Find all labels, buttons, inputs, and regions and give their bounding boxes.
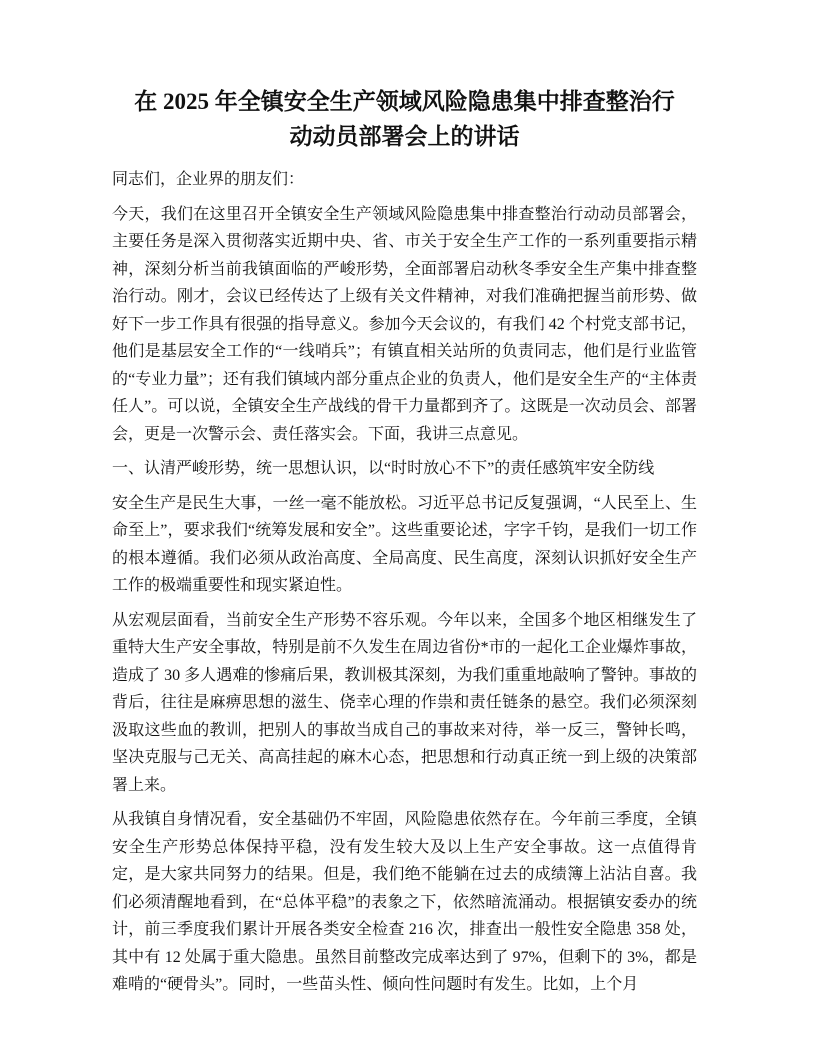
salutation: 同志们，企业界的朋友们：: [112, 166, 697, 194]
paragraph-opening: 今天，我们在这里召开全镇安全生产领域风险隐患集中排查整治行动动员部署会，主要任务…: [112, 201, 697, 449]
paragraph-local-situation: 从我镇自身情况看，安全基础仍不牢固，风险隐患依然存在。今年前三季度，全镇安全生产…: [112, 806, 697, 999]
paragraph-macro-situation: 从宏观层面看，当前安全生产形势不容乐观。今年以来，全国多个地区相继发生了重特大生…: [112, 607, 697, 800]
document-page: 在 2025 年全镇安全生产领域风险隐患集中排查整治行动动员部署会上的讲话 同志…: [0, 0, 816, 1056]
document-title: 在 2025 年全镇安全生产领域风险隐患集中排查整治行动动员部署会上的讲话: [125, 84, 685, 154]
section-heading-1: 一、认清严峻形势，统一思想认识，以“时时放心不下”的责任感筑牢安全防线: [112, 455, 697, 483]
paragraph-importance: 安全生产是民生大事，一丝一毫不能放松。习近平总书记反复强调，“人民至上、生命至上…: [112, 490, 697, 600]
